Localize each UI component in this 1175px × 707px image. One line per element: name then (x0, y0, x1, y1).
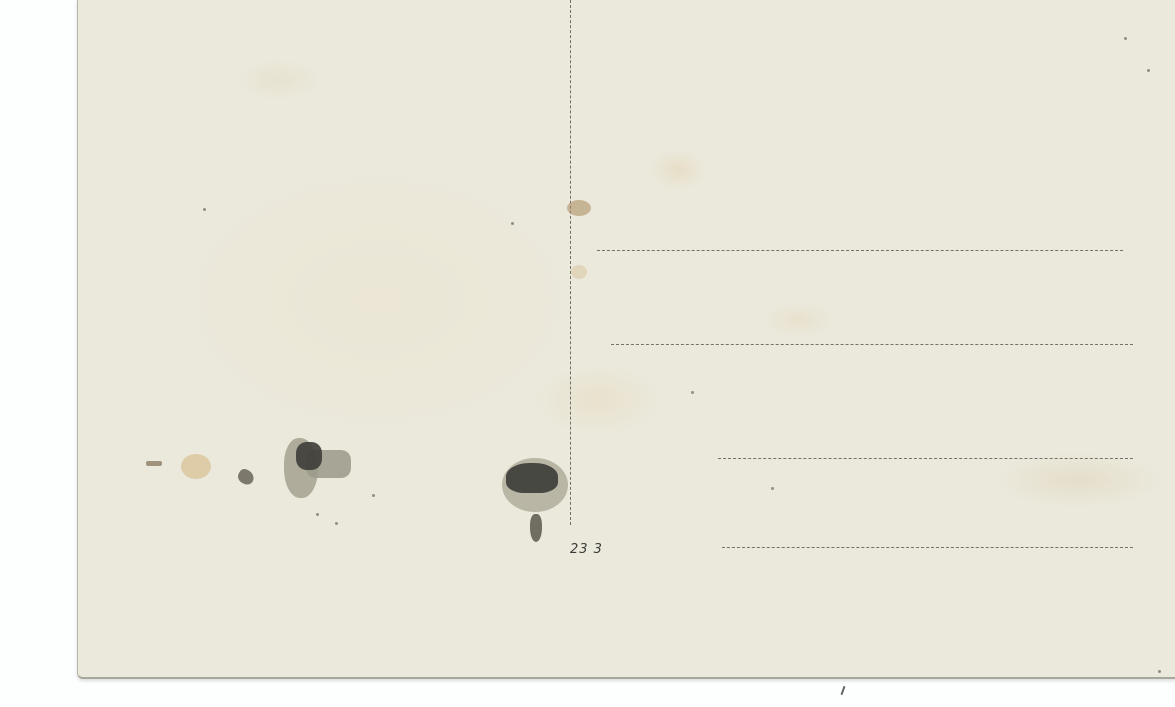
scanned-image: 23 3 (0, 0, 1175, 707)
postcard-back: 23 3 (77, 0, 1175, 679)
address-line-2 (611, 344, 1133, 345)
speck (203, 208, 206, 211)
ink-drip-small (236, 467, 257, 487)
address-line-4 (722, 547, 1133, 548)
foxing-stain (181, 454, 211, 479)
ink-drip-center (530, 514, 542, 542)
speck (511, 222, 514, 225)
foxing-stain-divider (567, 200, 591, 216)
address-line-1 (597, 250, 1123, 251)
address-line-3 (718, 458, 1133, 459)
speck (335, 522, 338, 525)
speck (691, 391, 694, 394)
speck (316, 513, 319, 516)
printed-card-number: 23 3 (570, 542, 603, 557)
speck (1124, 37, 1127, 40)
foxing-stain-divider-2 (571, 265, 587, 279)
speck (372, 494, 375, 497)
speck (1147, 69, 1150, 72)
center-divider-line (570, 0, 571, 525)
ink-blot-center-core (506, 463, 558, 493)
ink-blot-large-left-core (296, 442, 322, 470)
speck (1158, 670, 1161, 673)
ink-blot-small-left (146, 461, 162, 466)
stray-scan-mark (841, 686, 846, 695)
speck (771, 487, 774, 490)
